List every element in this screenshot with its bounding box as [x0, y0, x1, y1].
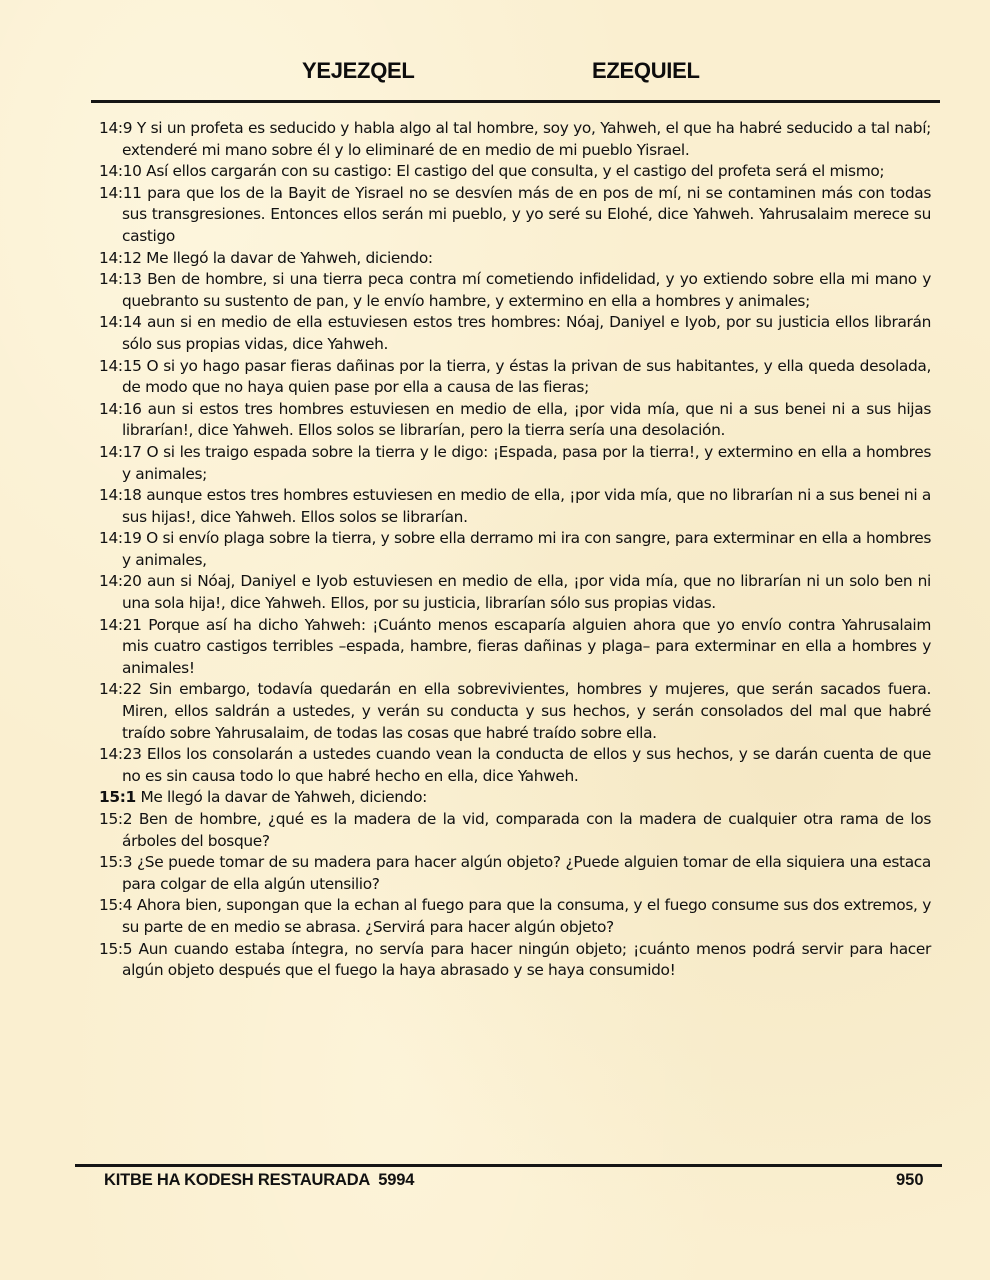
verse: 14:20 aun si Nóaj, Daniyel e Iyob estuvi…	[99, 571, 931, 614]
verse: 14:22 Sin embargo, todavía quedarán en e…	[99, 679, 931, 744]
verse-ref: 14:21	[99, 616, 142, 634]
verse: 14:14 aun si en medio de ella estuviesen…	[99, 312, 931, 355]
verse: 14:13 Ben de hombre, si una tierra peca …	[99, 269, 931, 312]
verse: 15:2 Ben de hombre, ¿qué es la madera de…	[99, 809, 931, 852]
verse-ref: 14:19	[99, 529, 142, 547]
verse-text: aun si estos tres hombres estuviesen en …	[122, 400, 931, 440]
verse: 14:16 aun si estos tres hombres estuvies…	[99, 399, 931, 442]
verse-ref: 14:12	[99, 249, 142, 267]
verse-ref: 15:3	[99, 853, 132, 871]
page-header: YEJEZQEL EZEQUIEL	[0, 58, 990, 92]
verse-list: 14:9 Y si un profeta es seducido y habla…	[99, 118, 931, 982]
verse: 15:3 ¿Se puede tomar de su madera para h…	[99, 852, 931, 895]
verse-text: Ahora bien, supongan que la echan al fue…	[122, 896, 931, 936]
verse-ref: 14:14	[99, 313, 142, 331]
verse-text: Me llegó la davar de Yahweh, diciendo:	[146, 249, 433, 267]
verse-text: Ben de hombre, ¿qué es la madera de la v…	[122, 810, 931, 850]
verse: 14:17 O si les traigo espada sobre la ti…	[99, 442, 931, 485]
verse-ref: 14:13	[99, 270, 142, 288]
footer-book-title: KITBE HA KODESH RESTAURADA 5994	[104, 1171, 414, 1190]
verse-text: Sin embargo, todavía quedarán en ella so…	[122, 680, 931, 741]
verse-text: aun si en medio de ella estuviesen estos…	[122, 313, 931, 353]
verse-ref: 14:15	[99, 357, 142, 375]
footer-divider	[75, 1164, 942, 1167]
verse-text: Aun cuando estaba íntegra, no servía par…	[122, 940, 931, 980]
verse-text: Ben de hombre, si una tierra peca contra…	[122, 270, 931, 310]
verse-text: O si envío plaga sobre la tierra, y sobr…	[122, 529, 931, 569]
verse-text: O si les traigo espada sobre la tierra y…	[122, 443, 931, 483]
verse-ref: 15:5	[99, 940, 132, 958]
verse: 14:21 Porque así ha dicho Yahweh: ¡Cuánt…	[99, 615, 931, 680]
verse: 14:10 Así ellos cargarán con su castigo:…	[99, 161, 931, 183]
verse-text: aun si Nóaj, Daniyel e Iyob estuviesen e…	[122, 572, 931, 612]
verse-text: ¿Se puede tomar de su madera para hacer …	[122, 853, 931, 893]
verse-ref: 15:1	[99, 788, 136, 806]
verse-text: O si yo hago pasar fieras dañinas por la…	[122, 357, 931, 397]
verse-ref: 14:23	[99, 745, 142, 763]
hebrew-book-title: YEJEZQEL	[302, 58, 415, 84]
verse-text: aunque estos tres hombres estuviesen en …	[122, 486, 931, 526]
verse-text: Y si un profeta es seducido y habla algo…	[122, 119, 931, 159]
verse: 14:19 O si envío plaga sobre la tierra, …	[99, 528, 931, 571]
verse: 14:15 O si yo hago pasar fieras dañinas …	[99, 356, 931, 399]
chapter-start-verse: 15:1 Me llegó la davar de Yahweh, dicien…	[99, 787, 931, 809]
verse-text: Ellos los consolarán a ustedes cuando ve…	[122, 745, 931, 785]
verse-ref: 15:2	[99, 810, 132, 828]
verse-ref: 14:11	[99, 184, 142, 202]
verse-ref: 14:17	[99, 443, 142, 461]
page-number: 950	[896, 1171, 924, 1190]
spanish-book-title: EZEQUIEL	[592, 58, 700, 84]
verse: 14:11 para que los de la Bayit de Yisrae…	[99, 183, 931, 248]
verse: 15:4 Ahora bien, supongan que la echan a…	[99, 895, 931, 938]
verse-ref: 15:4	[99, 896, 132, 914]
verse-ref: 14:22	[99, 680, 142, 698]
verse-ref: 14:20	[99, 572, 142, 590]
verse-text: para que los de la Bayit de Yisrael no s…	[122, 184, 931, 245]
verse-ref: 14:18	[99, 486, 142, 504]
verse-ref: 14:16	[99, 400, 142, 418]
verse-text: Así ellos cargarán con su castigo: El ca…	[146, 162, 884, 180]
verse-text: Porque así ha dicho Yahweh: ¡Cuánto meno…	[122, 616, 931, 677]
verse: 15:5 Aun cuando estaba íntegra, no serví…	[99, 939, 931, 982]
verse: 14:9 Y si un profeta es seducido y habla…	[99, 118, 931, 161]
verse: 14:23 Ellos los consolarán a ustedes cua…	[99, 744, 931, 787]
verse-text: Me llegó la davar de Yahweh, diciendo:	[140, 788, 427, 806]
verse-ref: 14:9	[99, 119, 132, 137]
verse: 14:18 aunque estos tres hombres estuvies…	[99, 485, 931, 528]
verse-ref: 14:10	[99, 162, 142, 180]
header-divider	[91, 100, 940, 103]
verse: 14:12 Me llegó la davar de Yahweh, dicie…	[99, 248, 931, 270]
